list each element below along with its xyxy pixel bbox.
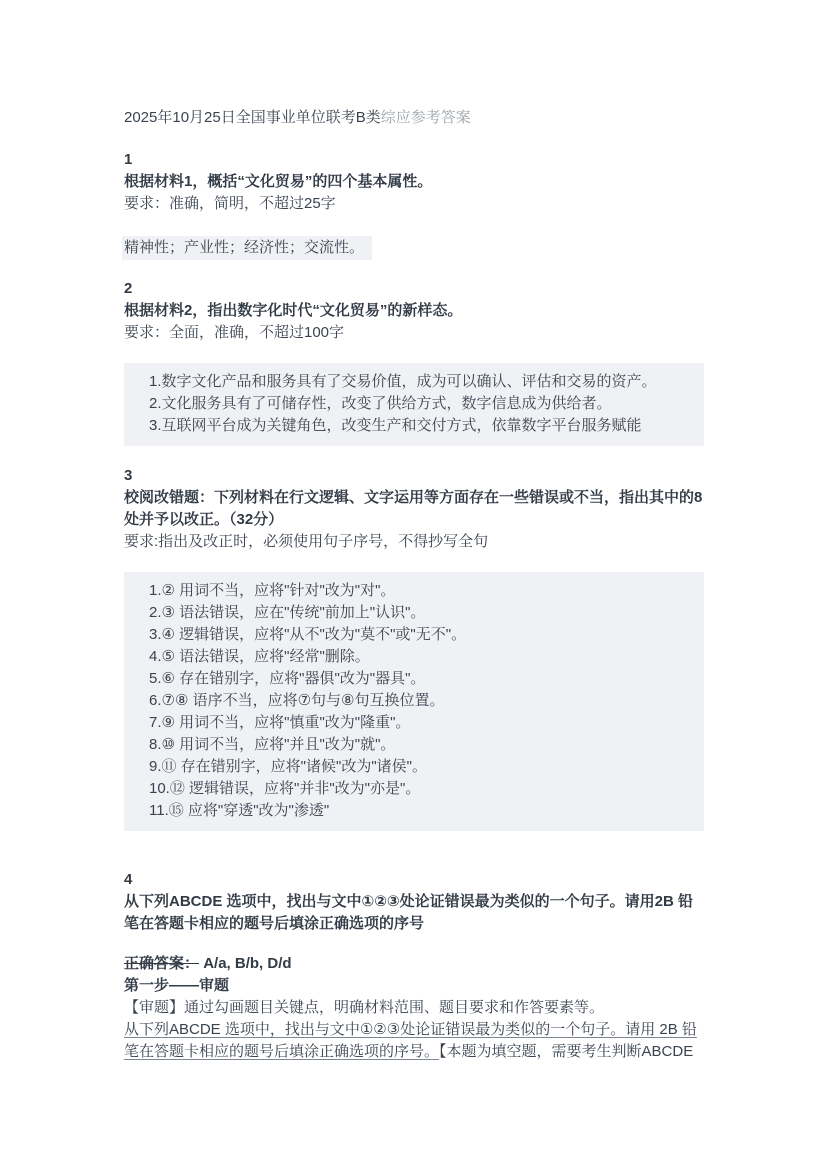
answer-line: 1.② 用词不当，应将"针对"改为"对"。	[149, 580, 694, 602]
section-1-number: 1	[124, 149, 704, 171]
answer-line: 3.互联网平台成为关键角色，改变生产和交付方式，依靠数字平台服务赋能	[149, 415, 694, 437]
answer-line: 5.⑥ 存在错别字，应将"器俱"改为"器具"。	[149, 668, 694, 690]
section-2-requirement: 要求：全面，准确，不超过100字	[124, 322, 704, 344]
answer-line: 7.⑨ 用词不当，应将"慎重"改为"隆重"。	[149, 712, 694, 734]
section-2-question: 根据材料2，指出数字化时代“文化贸易”的新样态。	[124, 300, 704, 322]
step-one-note: 【审题】通过勾画题目关键点，明确材料范围、题目要求和作答要素等。	[124, 997, 704, 1019]
correct-answer-label: 正确答案：	[124, 955, 199, 972]
answer-line: 11.⑮ 应将"穿透"改为"渗透"	[149, 800, 694, 822]
review-tail-text: 【本题为填空题，需要考生判断ABCDE	[439, 1043, 693, 1060]
section-1: 1 根据材料1，概括“文化贸易”的四个基本属性。 要求：准确，简明，不超过25字…	[124, 149, 704, 259]
answer-line: 4.⑤ 语法错误，应将"经常"删除。	[149, 646, 694, 668]
review-paragraph: 从下列ABCDE 选项中，找出与文中①②③处论证错误最为类似的一个句子。请用 2…	[124, 1019, 704, 1063]
section-3: 3 校阅改错题：下列材料在行文逻辑、文字运用等方面存在一些错误或不当，指出其中的…	[124, 465, 704, 831]
answer-line: 9.⑪ 存在错别字，应将"诸候"改为"诸侯"。	[149, 756, 694, 778]
document-title: 2025年10月25日全国事业单位联考B类综应参考答案	[124, 107, 704, 129]
document-page: 2025年10月25日全国事业单位联考B类综应参考答案 1 根据材料1，概括“文…	[0, 0, 826, 1169]
section-1-question: 根据材料1，概括“文化贸易”的四个基本属性。	[124, 171, 704, 193]
section-3-answer-block: 1.② 用词不当，应将"针对"改为"对"。 2.③ 语法错误，应在"传统"前加上…	[124, 572, 704, 831]
section-4: 4 从下列ABCDE 选项中，找出与文中①②③处论证错误最为类似的一个句子。请用…	[124, 869, 704, 1063]
section-2: 2 根据材料2，指出数字化时代“文化贸易”的新样态。 要求：全面，准确，不超过1…	[124, 278, 704, 446]
answer-line: 8.⑩ 用词不当，应将"并且"改为"就"。	[149, 734, 694, 756]
section-1-answer-row: 精神性；产业性；经济性；交流性。	[124, 237, 704, 259]
section-4-answer-row: 正确答案： A/a, B/b, D/d	[124, 953, 704, 975]
section-3-requirement: 要求:指出及改正时，必须使用句子序号，不得抄写全句	[124, 531, 704, 553]
step-one-heading: 第一步——审题	[124, 975, 704, 997]
answer-line: 2.③ 语法错误，应在"传统"前加上"认识"。	[149, 602, 694, 624]
answer-line: 6.⑦⑧ 语序不当，应将⑦句与⑧句互换位置。	[149, 690, 694, 712]
title-main: 2025年10月25日全国事业单位联考B类	[124, 109, 381, 126]
answer-line: 1.数字文化产品和服务具有了交易价值，成为可以确认、评估和交易的资产。	[149, 371, 694, 393]
section-3-number: 3	[124, 465, 704, 487]
section-1-requirement: 要求：准确，简明，不超过25字	[124, 193, 704, 215]
answer-line: 2.文化服务具有了可储存性，改变了供给方式，数字信息成为供给者。	[149, 393, 694, 415]
section-3-question: 校阅改错题：下列材料在行文逻辑、文字运用等方面存在一些错误或不当，指出其中的8处…	[124, 487, 704, 531]
section-2-answer-block: 1.数字文化产品和服务具有了交易价值，成为可以确认、评估和交易的资产。 2.文化…	[124, 363, 704, 446]
section-1-answer-highlight: 精神性；产业性；经济性；交流性。	[122, 236, 372, 260]
answer-line: 3.④ 逻辑错误，应将"从不"改为"莫不"或"无不"。	[149, 624, 694, 646]
correct-answer-value: A/a, B/b, D/d	[203, 955, 291, 972]
title-subtitle: 综应参考答案	[381, 109, 471, 126]
section-2-number: 2	[124, 278, 704, 300]
section-4-question: 从下列ABCDE 选项中，找出与文中①②③处论证错误最为类似的一个句子。请用2B…	[124, 891, 704, 935]
answer-line: 10.⑫ 逻辑错误，应将"并非"改为"亦是"。	[149, 778, 694, 800]
section-4-number: 4	[124, 869, 704, 891]
